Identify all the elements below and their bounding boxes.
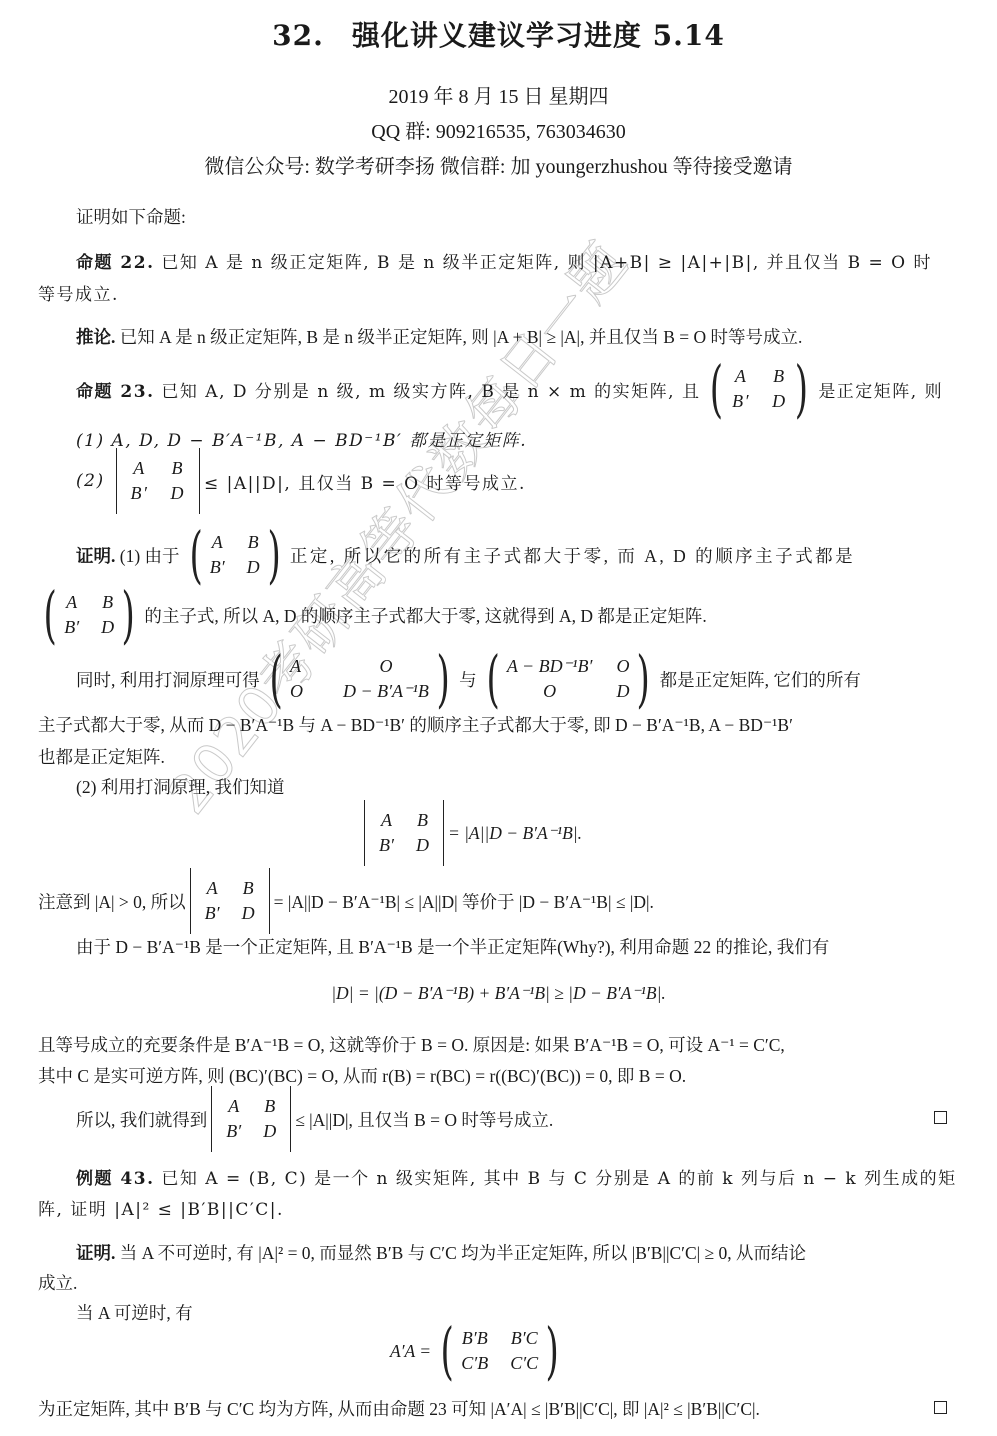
wechat-line: 微信公众号: 数学考研李扬 微信群: 加 youngerzhushou 等待接受…	[0, 150, 997, 179]
matrix-cell: A	[732, 366, 750, 387]
proof-43-para2: 当 A 可逆时, 有	[76, 1300, 193, 1325]
matrix-cell: D	[242, 903, 255, 924]
block-diag-matrix-2: ( A − BD⁻¹B′ O O D )	[481, 648, 656, 710]
example-43-label: 例题 43.	[76, 1169, 155, 1189]
qed-icon	[934, 1109, 947, 1128]
proof-43-conclusion: 为正定矩阵, 其中 B′B 与 C′C 均为方阵, 从而由命题 23 可知 |A…	[38, 1396, 760, 1421]
block-matrix: ( A B B′ D )	[184, 524, 286, 586]
proposition-23-item2: (2) A B B′ D ≤ |A||D|, 且仅当 B = O 时等号成立.	[76, 448, 526, 514]
document-page: 2020考研高等代数每日一题 32.强化讲义建议学习进度 5.14 2019 年…	[0, 0, 997, 1436]
equation-corollary-apply: |D| = |(D − B′A⁻¹B) + B′A⁻¹B| ≥ |D − B′A…	[0, 983, 997, 1004]
matrix-cell: D	[247, 557, 260, 578]
matrix-cell: B	[170, 458, 185, 479]
matrix-cell: A	[290, 656, 303, 677]
example-43-line2: 阵, 证明 |A|² ≤ |B′B||C′C|.	[38, 1195, 284, 1220]
proof-text: 当 A 不可逆时, 有 |A|² = 0, 而显然 B′B 与 C′C 均为半正…	[120, 1243, 806, 1263]
matrix-cell: B	[416, 810, 429, 831]
equation-schur-det: A B B′ D = |A||D − B′A⁻¹B|.	[360, 800, 582, 866]
matrix-cell: B	[242, 878, 255, 899]
block-determinant: A B B′ D	[211, 1086, 291, 1152]
corollary-label: 推论.	[76, 327, 115, 347]
block-matrix: ( A B B′ D )	[704, 358, 814, 420]
matrix-cell: B	[772, 366, 787, 387]
matrix-cell: D − B′A⁻¹B	[343, 681, 429, 702]
matrix-cell: B′	[131, 483, 149, 504]
gram-block-matrix: ( B′B B′C C′B C′C )	[435, 1320, 564, 1382]
proposition-22: 命题 22. 已知 A 是 n 级正定矩阵, B 是 n 级半正定矩阵, 则 |…	[76, 248, 932, 273]
proposition-23-label: 命题 23.	[76, 377, 155, 402]
matrix-cell: D	[263, 1121, 276, 1142]
matrix-cell: A	[131, 458, 149, 479]
example-43: 例题 43. 已知 A = (B, C) 是一个 n 级实矩阵, 其中 B 与 …	[76, 1164, 957, 1189]
matrix-cell: B′	[379, 835, 394, 856]
intro-text: 证明如下命题:	[76, 204, 186, 229]
matrix-cell: A	[379, 810, 394, 831]
title-number: 32.	[272, 19, 324, 52]
proof-23-para5-line1: 且等号成立的充要条件是 B′A⁻¹B = O, 这就等价于 B = O. 原因是…	[38, 1032, 785, 1057]
matrix-cell: A	[205, 878, 220, 899]
block-matrix: ( A B B′ D )	[38, 584, 140, 646]
corollary: 推论. 已知 A 是 n 级正定矩阵, B 是 n 级半正定矩阵, 则 |A +…	[76, 324, 802, 349]
block-determinant: A B B′ D	[364, 800, 444, 866]
matrix-cell: O	[343, 656, 429, 677]
proof-text: 注意到 |A| > 0, 所以	[38, 889, 186, 914]
matrix-cell: B′	[205, 903, 220, 924]
proof-text: 正定, 所以它的所有主子式都大于零, 而 A, D 的顺序主子式都是	[290, 543, 855, 568]
proof-23-para2: 同时, 利用打洞原理可得 ( A O O D − B′A⁻¹B ) 与 ( A …	[76, 648, 861, 710]
matrix-cell: D	[772, 391, 787, 412]
proposition-23-pre: 已知 A, D 分别是 n 级, m 级实方阵, B 是 n × m 的实矩阵,…	[161, 377, 700, 402]
date-line: 2019 年 8 月 15 日 星期四	[0, 80, 997, 109]
proof-label: 证明.	[76, 1243, 115, 1263]
matrix-cell: D	[616, 681, 629, 702]
qq-group-line: QQ 群: 909216535, 763034630	[0, 115, 997, 144]
proof-text: 的主子式, 所以 A, D 的顺序主子式都大于零, 这就得到 A, D 都是正定…	[144, 603, 706, 628]
matrix-cell: D	[101, 617, 114, 638]
proof-23-part2-intro: (2) 利用打洞原理, 我们知道	[76, 774, 285, 799]
proof-text: = |A||D − B′A⁻¹B| ≤ |A||D| 等价于 |D − B′A⁻…	[274, 889, 654, 914]
page-title: 32.强化讲义建议学习进度 5.14	[0, 14, 997, 54]
matrix-cell: C′C	[510, 1353, 538, 1374]
matrix-cell: A − BD⁻¹B′	[507, 656, 593, 677]
title-text: 强化讲义建议学习进度 5.14	[352, 19, 725, 52]
matrix-cell: B′	[210, 557, 225, 578]
matrix-cell: O	[290, 681, 303, 702]
proof-23-para1: 证明. (1) 由于 ( A B B′ D ) 正定, 所以它的所有主子式都大于…	[76, 524, 855, 586]
equation-gram-matrix: A′A = ( B′B B′C C′B C′C )	[390, 1320, 568, 1382]
example-43-line1: 已知 A = (B, C) 是一个 n 级实矩阵, 其中 B 与 C 分别是 A…	[161, 1169, 956, 1189]
matrix-cell: B	[263, 1096, 276, 1117]
matrix-cell: O	[507, 681, 593, 702]
proof-text: 同时, 利用打洞原理可得	[76, 667, 260, 692]
proof-text: 都是正定矩阵, 它们的所有	[660, 667, 861, 692]
item2-text: ≤ |A||D|, 且仅当 B = O 时等号成立.	[204, 469, 526, 494]
proposition-23: 命题 23. 已知 A, D 分别是 n 级, m 级实方阵, B 是 n × …	[76, 358, 943, 420]
matrix-cell: O	[616, 656, 629, 677]
item2-label: (2)	[76, 471, 105, 491]
proposition-23-post: 是正定矩阵, 则	[818, 377, 943, 402]
matrix-cell: A	[226, 1096, 241, 1117]
matrix-cell: B	[247, 532, 260, 553]
block-determinant: A B B′ D	[190, 868, 270, 934]
matrix-cell: B′	[226, 1121, 241, 1142]
matrix-cell: B′C	[510, 1328, 538, 1349]
matrix-cell: D	[416, 835, 429, 856]
proof-label: 证明.	[76, 543, 115, 568]
proof-text: 所以, 我们就得到	[76, 1107, 207, 1132]
proposition-22-line1: 已知 A 是 n 级正定矩阵, B 是 n 级半正定矩阵, 则 |A+B| ≥ …	[161, 253, 932, 273]
proof-23-para4: 由于 D − B′A⁻¹B 是一个正定矩阵, 且 B′A⁻¹B 是一个半正定矩阵…	[76, 934, 829, 959]
proof-text: ≤ |A||D|, 且仅当 B = O 时等号成立.	[295, 1107, 553, 1132]
proof-text: 与	[459, 667, 477, 692]
matrix-cell: A	[210, 532, 225, 553]
proof-43-para1-line2: 成立.	[38, 1270, 77, 1295]
matrix-cell: B	[101, 592, 114, 613]
equation-lhs: A′A =	[390, 1341, 431, 1362]
proof-23-para2-line3: 也都是正定矩阵.	[38, 744, 165, 769]
equation-rhs: = |A||D − B′A⁻¹B|.	[448, 823, 582, 844]
block-determinant: A B B′ D	[116, 448, 200, 514]
proof-text: (1) 由于	[120, 543, 180, 568]
proof-23-conclusion: 所以, 我们就得到 A B B′ D ≤ |A||D|, 且仅当 B = O 时…	[76, 1086, 553, 1152]
proposition-22-line2: 等号成立.	[38, 280, 119, 305]
proposition-22-label: 命题 22.	[76, 253, 155, 273]
matrix-cell: D	[170, 483, 185, 504]
proof-23-para1-cont: ( A B B′ D ) 的主子式, 所以 A, D 的顺序主子式都大于零, 这…	[34, 584, 707, 646]
proof-23-para2-line2: 主子式都大于零, 从而 D − B′A⁻¹B 与 A − BD⁻¹B′ 的顺序主…	[38, 712, 793, 737]
proof-43-para1: 证明. 当 A 不可逆时, 有 |A|² = 0, 而显然 B′B 与 C′C …	[76, 1240, 806, 1265]
matrix-cell: B′	[64, 617, 79, 638]
corollary-text: 已知 A 是 n 级正定矩阵, B 是 n 级半正定矩阵, 则 |A + B| …	[120, 327, 803, 347]
proof-23-para5-line2: 其中 C 是实可逆方阵, 则 (BC)′(BC) = O, 从而 r(B) = …	[38, 1063, 686, 1088]
matrix-cell: C′B	[461, 1353, 488, 1374]
qed-icon	[934, 1399, 947, 1418]
matrix-cell: B′B	[461, 1328, 488, 1349]
matrix-cell: A	[64, 592, 79, 613]
matrix-cell: B′	[732, 391, 750, 412]
proof-23-para3: 注意到 |A| > 0, 所以 A B B′ D = |A||D − B′A⁻¹…	[38, 868, 654, 934]
block-diag-matrix-1: ( A O O D − B′A⁻¹B )	[264, 648, 455, 710]
